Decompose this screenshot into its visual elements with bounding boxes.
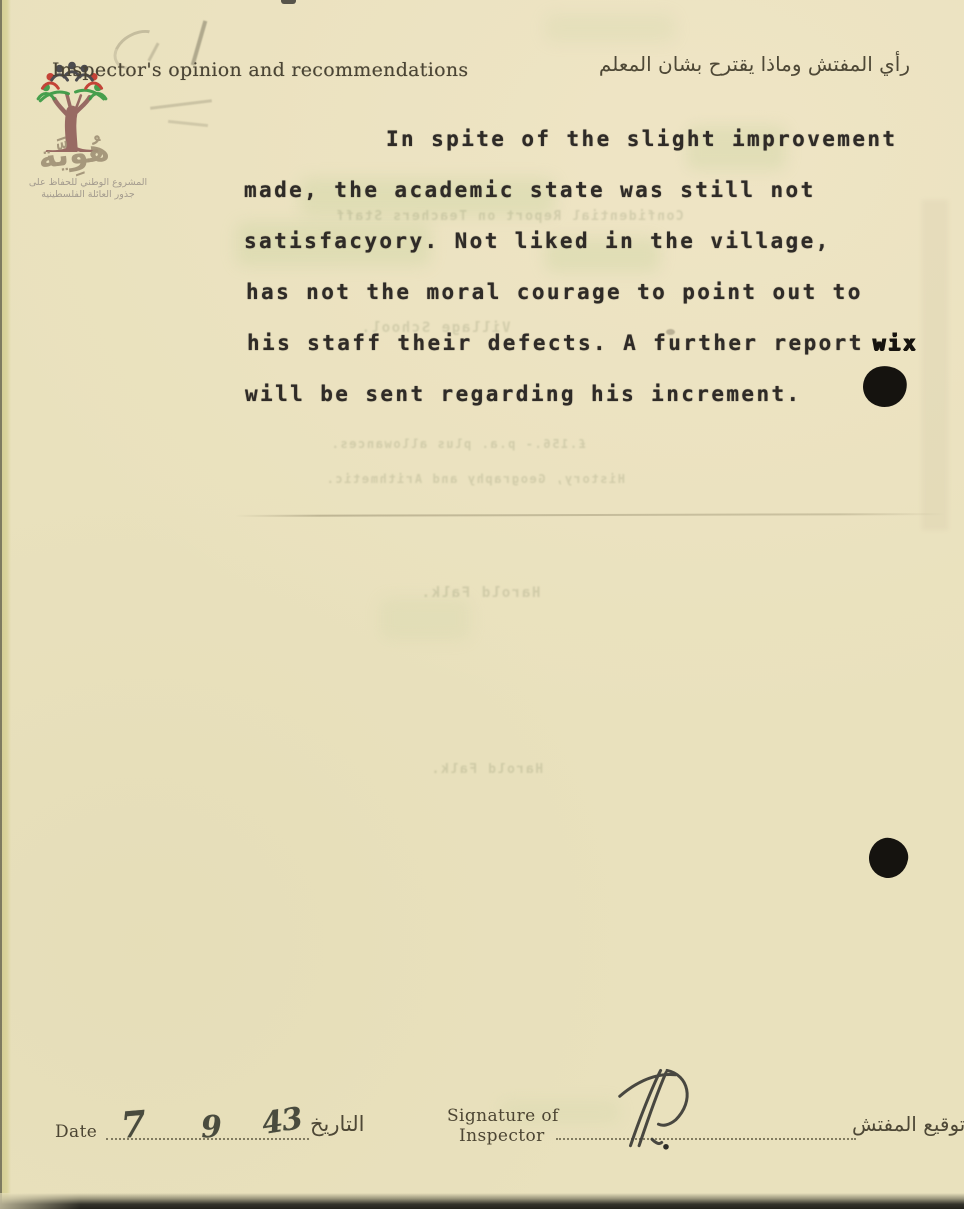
typed-line: will be sent regarding his increment. bbox=[245, 382, 802, 406]
section-title-english: Inspector's opinion and recommendations bbox=[52, 59, 468, 81]
page-edge-left bbox=[0, 0, 11, 1209]
handwritten-month: 9 bbox=[200, 1109, 223, 1145]
scan-stain bbox=[545, 14, 675, 42]
typed-line: has not the moral courage to point out t… bbox=[246, 280, 863, 304]
scan-nick bbox=[281, 0, 296, 4]
bleedthrough-text: Harold Falk. bbox=[420, 585, 540, 601]
handwritten-day: 7 bbox=[119, 1103, 148, 1147]
typed-line: satisfacyory. Not liked in the village, bbox=[244, 229, 831, 253]
ink-blot bbox=[860, 363, 909, 410]
handwritten-year: 43 bbox=[260, 1101, 305, 1142]
typed-line: his staff their defects. A further repor… bbox=[247, 331, 918, 355]
watermark-org-text: المشروع الوطني للحفاظ على جذور العائلة ا… bbox=[22, 177, 154, 201]
typed-line: In spite of the slight improvement bbox=[386, 127, 897, 151]
date-label-arabic: التاريخ bbox=[310, 1112, 365, 1136]
watermark-brand-calligraphy: هُوِيَّة bbox=[36, 132, 111, 176]
bleedthrough-text: Confidential Report on Teachers Staff bbox=[335, 209, 684, 224]
bleedthrough-text: £.156.- p.a. plus allowances. bbox=[330, 437, 586, 451]
inspector-signature bbox=[598, 1064, 706, 1150]
signature-label-arabic: توقيع المفتش bbox=[852, 1112, 964, 1136]
ink-speck bbox=[666, 329, 675, 335]
scanned-report-page: هُوِيَّة المشروع الوطني للحفاظ على جذور … bbox=[0, 0, 964, 1209]
section-title-arabic: رأي المفتش وماذا يقترح بشان المعلم bbox=[610, 52, 910, 76]
pencil-mark bbox=[150, 99, 212, 110]
signature-label-line2: Inspector bbox=[459, 1126, 545, 1146]
watermark-org-line1: المشروع الوطني للحفاظ على bbox=[22, 177, 154, 189]
date-label-english: Date bbox=[55, 1122, 97, 1142]
typed-line-text: his staff their defects. A further repor… bbox=[247, 331, 864, 355]
typed-line: made, the academic state was still not bbox=[244, 178, 816, 202]
bleedthrough-text: Harold Falk. bbox=[430, 762, 543, 777]
page-edge-bottom-fade bbox=[0, 1193, 90, 1209]
pencil-mark bbox=[168, 120, 208, 127]
scan-stain bbox=[922, 200, 948, 530]
ink-blot bbox=[866, 835, 911, 881]
signature-label-line1: Signature of bbox=[447, 1106, 559, 1126]
bleedthrough-text: History, Geography and Arithmetic. bbox=[325, 472, 625, 486]
overstruck-word: wix bbox=[873, 331, 918, 355]
page-edge-bottom bbox=[0, 1193, 964, 1209]
faded-rule bbox=[235, 513, 945, 516]
watermark-org-line2: جذور العائلة الفلسطينية bbox=[22, 189, 154, 201]
scan-stain bbox=[380, 598, 470, 640]
